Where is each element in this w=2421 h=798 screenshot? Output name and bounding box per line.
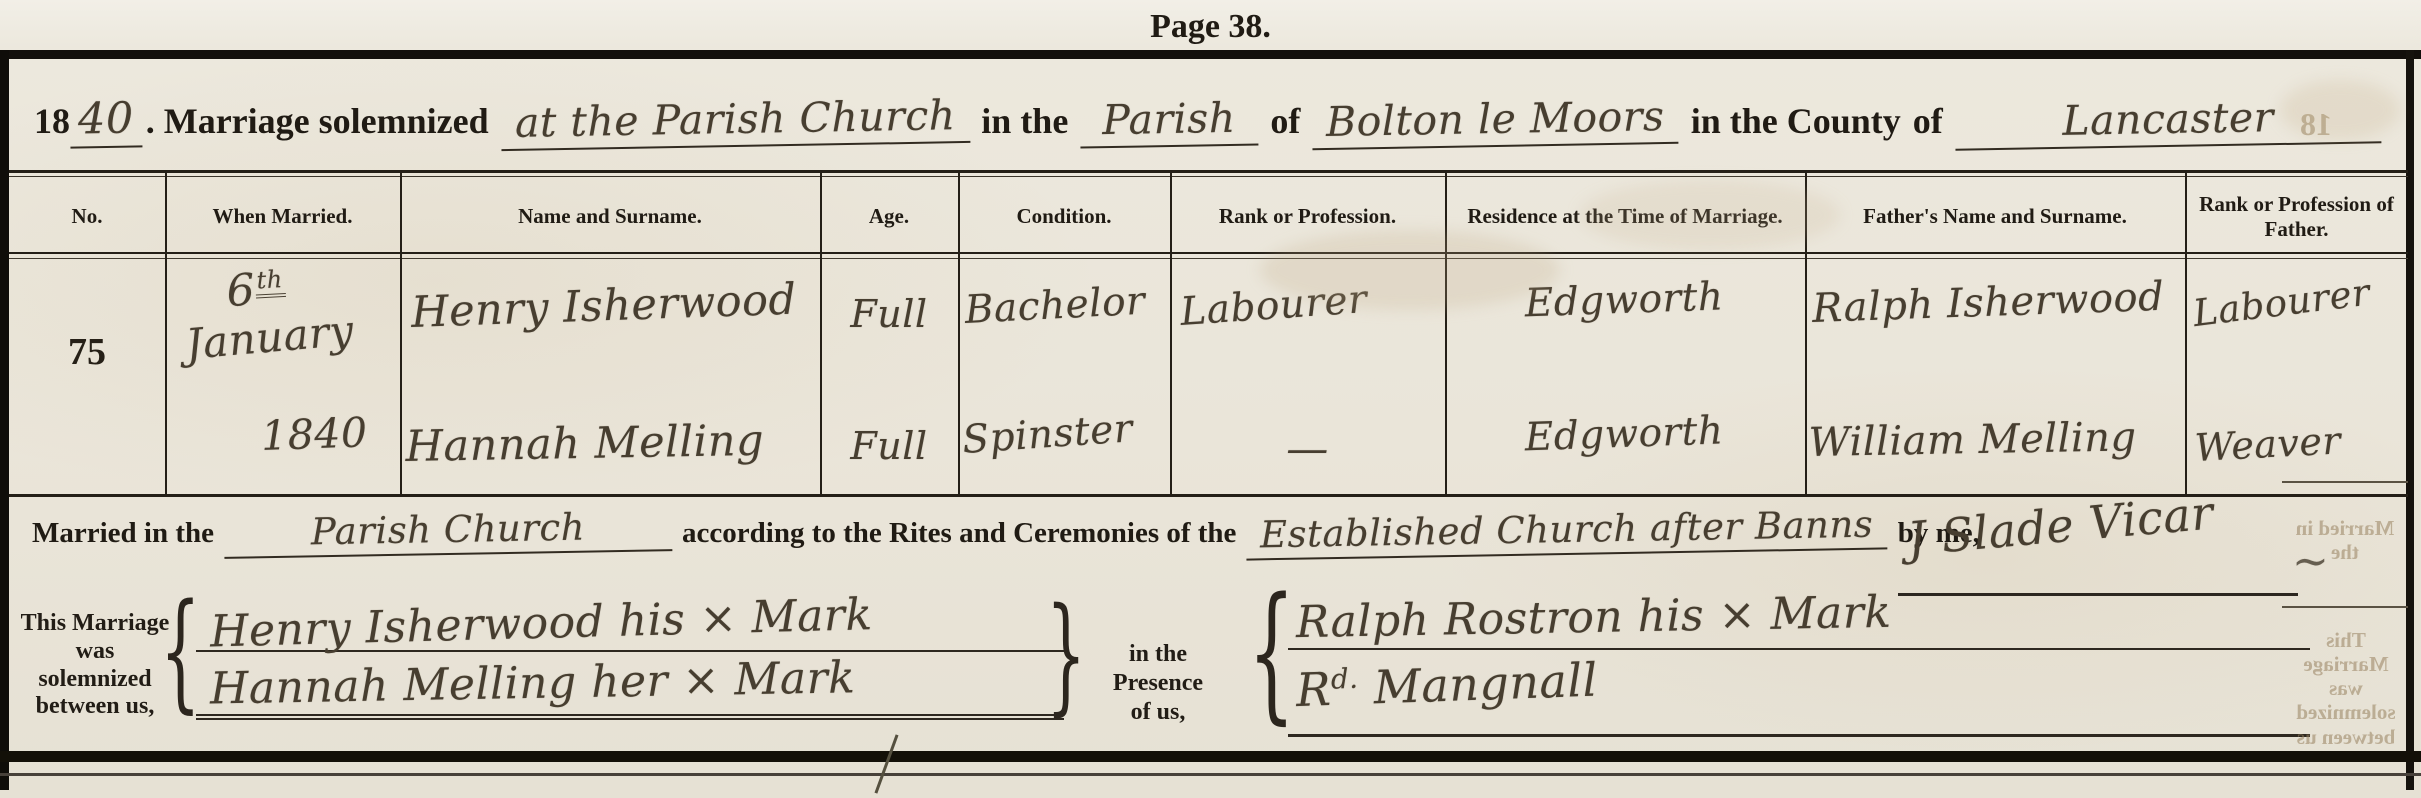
rites-line: Married in the Parish Church according t… — [10, 498, 1976, 574]
paper-stain — [2280, 80, 2400, 140]
header-bottom-border — [9, 252, 2408, 254]
heading-in-the: in the — [981, 100, 1068, 142]
header-bottom-border-inner — [9, 258, 2408, 259]
showthrough-line: was — [2284, 676, 2408, 700]
label-line: solemnized — [10, 666, 180, 694]
paper-stain — [1580, 180, 1840, 250]
label-line: was — [10, 638, 180, 666]
column-header-age: Age. — [822, 182, 956, 252]
year-written: 40 — [70, 93, 143, 148]
column-header-name-surname: Name and Surname. — [402, 182, 818, 252]
groom-signature: Henry Isherwood his × Mark — [195, 589, 873, 658]
column-header-condition: Condition. — [960, 182, 1168, 252]
presence-line: of us, — [1094, 698, 1222, 727]
showthrough-line: This Marriage — [2284, 628, 2408, 676]
heading-of2: of — [1913, 100, 1943, 142]
bride-profession: — — [1172, 424, 1443, 473]
column-header-father-rank: Rank or Profession of Father. — [2187, 182, 2406, 252]
bride-signature-line: Hannah Melling her × Mark — [196, 658, 1064, 720]
heading-marriage-solemnized: . Marriage solemnized — [146, 100, 489, 142]
day-suffix: th — [254, 265, 286, 299]
bride-father-profession: Weaver — [2194, 418, 2342, 470]
groom-name: Henry Isherwood — [410, 275, 797, 338]
bride-age: Full — [822, 424, 956, 468]
table-bottom-border — [9, 494, 2408, 497]
heading-parish-written: Parish — [1080, 93, 1259, 148]
table-top-border-inner — [9, 176, 2408, 177]
witness1-signature-line: Ralph Rostron his × Mark — [1288, 592, 2310, 650]
bride-condition: Spinster — [961, 406, 1134, 463]
column-header-no: No. — [9, 182, 165, 252]
showthrough-line: between us — [2284, 725, 2408, 749]
bride-residence: Edgworth — [1447, 406, 1800, 463]
when-married-month: January — [184, 306, 356, 369]
heading-year: 18 40 — [34, 94, 142, 148]
entry-number: 75 — [9, 330, 165, 374]
groom-signature-line: Henry Isherwood his × Mark — [196, 598, 1064, 652]
witness2-surname: Mangnall — [1373, 653, 1599, 715]
showthrough-this-marriage: This Marriage was solemnized between us — [2284, 628, 2408, 749]
heading-county-printed: in the County — [1691, 100, 1901, 142]
bottom-rule-thin — [0, 773, 2421, 776]
presence-label: in the Presence of us, — [1094, 640, 1222, 726]
bride-signature: Hannah Melling her × Mark — [196, 652, 856, 714]
rites-written: Established Church after Banns — [1246, 502, 1888, 560]
groom-father-name: Ralph Isherwood — [1811, 274, 2165, 332]
groom-age: Full — [822, 292, 956, 336]
bride-father-name: William Melling — [1808, 414, 2137, 466]
margin-rule — [2282, 481, 2408, 483]
margin-rule — [2282, 606, 2408, 608]
groom-condition: Bachelor — [964, 279, 1147, 333]
heading-place-written: at the Parish Church — [500, 91, 970, 151]
married-in-the: Married in the — [32, 517, 214, 550]
heading-parish-name-written: Bolton le Moors — [1312, 92, 1679, 150]
this-marriage-label: This Marriage was solemnized between us, — [10, 610, 180, 721]
paper-stain — [1260, 230, 1560, 310]
column-header-when-married: When Married. — [167, 182, 398, 252]
according-printed: according to the Rites and Ceremonies of… — [682, 517, 1236, 550]
year-printed: 18 — [34, 100, 70, 142]
church-written: Parish Church — [224, 504, 673, 559]
heading-of: of — [1270, 100, 1300, 142]
day-value: 6 — [225, 265, 256, 317]
label-line: between us, — [10, 693, 180, 721]
marriage-register-page: Page 38. 18 40 . Marriage solemnized at … — [0, 0, 2421, 798]
showthrough-line: solemnized — [2284, 700, 2408, 724]
witness2-signature: Rd. Mangnall — [1287, 653, 1598, 718]
page-title: Page 38. — [0, 8, 2421, 46]
when-married-day: 6th — [225, 263, 286, 317]
bottom-rule — [0, 751, 2421, 762]
label-line: This Marriage — [10, 610, 180, 638]
column-header-father-name: Father's Name and Surname. — [1807, 182, 2183, 252]
groom-father-profession: Labourer — [2191, 271, 2373, 335]
witness2-signature-line: Rd. Mangnall — [1288, 658, 2310, 737]
left-page-edge — [0, 50, 9, 790]
presence-line: Presence — [1094, 669, 1222, 698]
table-top-border — [9, 170, 2408, 173]
witness1-signature: Ralph Rostron his × Mark — [1288, 587, 1892, 649]
pen-stroke — [874, 734, 898, 793]
when-married-year: 1840 — [260, 408, 368, 460]
witness2-initial: R — [1295, 662, 1332, 717]
margin-tilde-mark: ~ — [2292, 536, 2329, 587]
bride-name: Hannah Melling — [405, 416, 764, 472]
parties-close-brace: } — [1046, 592, 1086, 718]
witness2-superscript: d. — [1330, 662, 1359, 696]
presence-line: in the — [1094, 640, 1222, 669]
